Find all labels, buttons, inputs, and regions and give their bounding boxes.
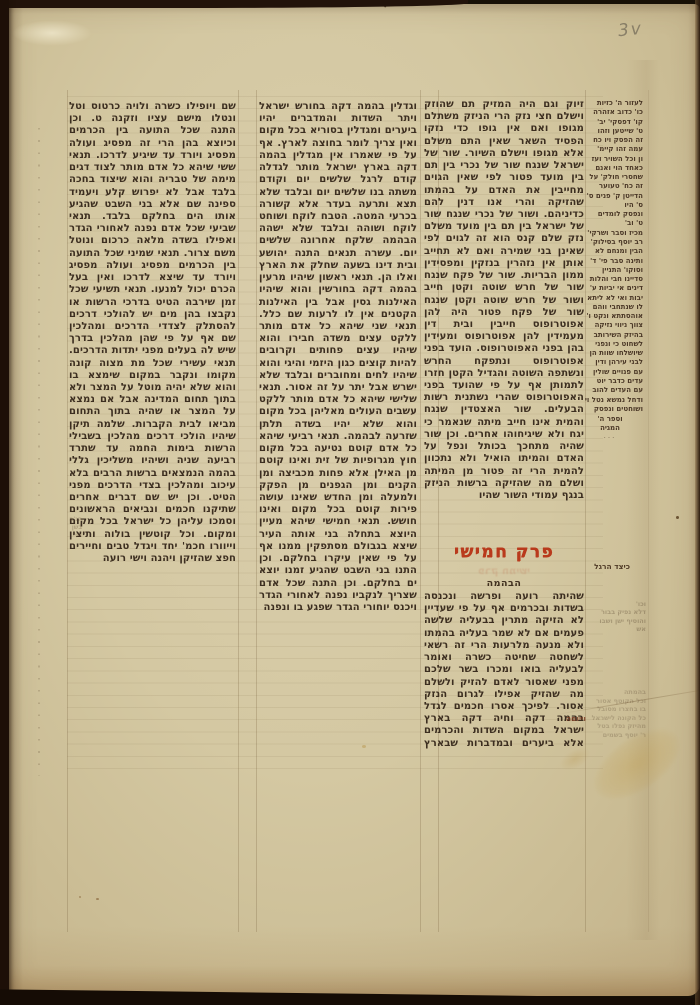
chapter4-text: זיוק וגם היה המזיק תם שהוזק וישלם חצי נז…	[424, 99, 584, 539]
ink-speck	[79, 896, 81, 898]
pencil-folio-number: 3v	[617, 19, 644, 41]
margin-note-dark-word: וייוםה	[566, 714, 586, 723]
gloss-colophon-line2: המגיה	[577, 424, 643, 433]
pricking-holes	[38, 128, 40, 776]
wax-speck	[362, 745, 366, 748]
ink-speck	[96, 898, 99, 900]
text-column-middle: וגדלין בהמה דקה בחורש ישראל ויתר השדות ו…	[259, 101, 417, 749]
ink-speck	[676, 516, 679, 519]
rubric-ink-offset-ghost: פרק חמישי	[424, 566, 584, 577]
faded-margin-note-upper: וכו' דלא נפיק בבור והוסיף ישן ושבו אש	[588, 600, 646, 634]
text-column-right: זיוק וגם היה המזיק תם שהוזק וישלם חצי נז…	[424, 99, 584, 755]
chapter-rubric: פרק חמישי	[424, 539, 584, 566]
margin-note-keyword: כיצד הרגל	[570, 562, 630, 571]
book-right-edge	[695, 0, 700, 1005]
vertical-ruling-line	[67, 90, 68, 932]
vertical-ruling-line	[648, 90, 649, 932]
marginal-gloss-column: לעזור ה' כזיות כו' כדוב אזהרה קו' דפסקי'…	[577, 99, 643, 415]
text-column-left: שם ויופילו כשרה ולויה כרטוס וטל ונטלו מי…	[69, 101, 236, 773]
page-corner-curl	[12, 20, 92, 46]
left-margin-faded-note: הג'ה בשן ועי'	[52, 516, 82, 540]
gloss-colophon-line1: וספר ה'	[577, 415, 643, 424]
manuscript-photo: זיוק וגם היה המזיק תם שהוזק וישלם חצי נז…	[0, 0, 700, 1005]
chapter-incipit: הבהמה	[424, 577, 584, 591]
vertical-ruling-line	[238, 90, 239, 932]
vertical-ruling-line	[420, 90, 421, 932]
gloss-end-flourish: ···	[595, 434, 625, 442]
book-gutter-edge	[0, 0, 9, 1005]
vertical-ruling-line	[256, 90, 257, 932]
